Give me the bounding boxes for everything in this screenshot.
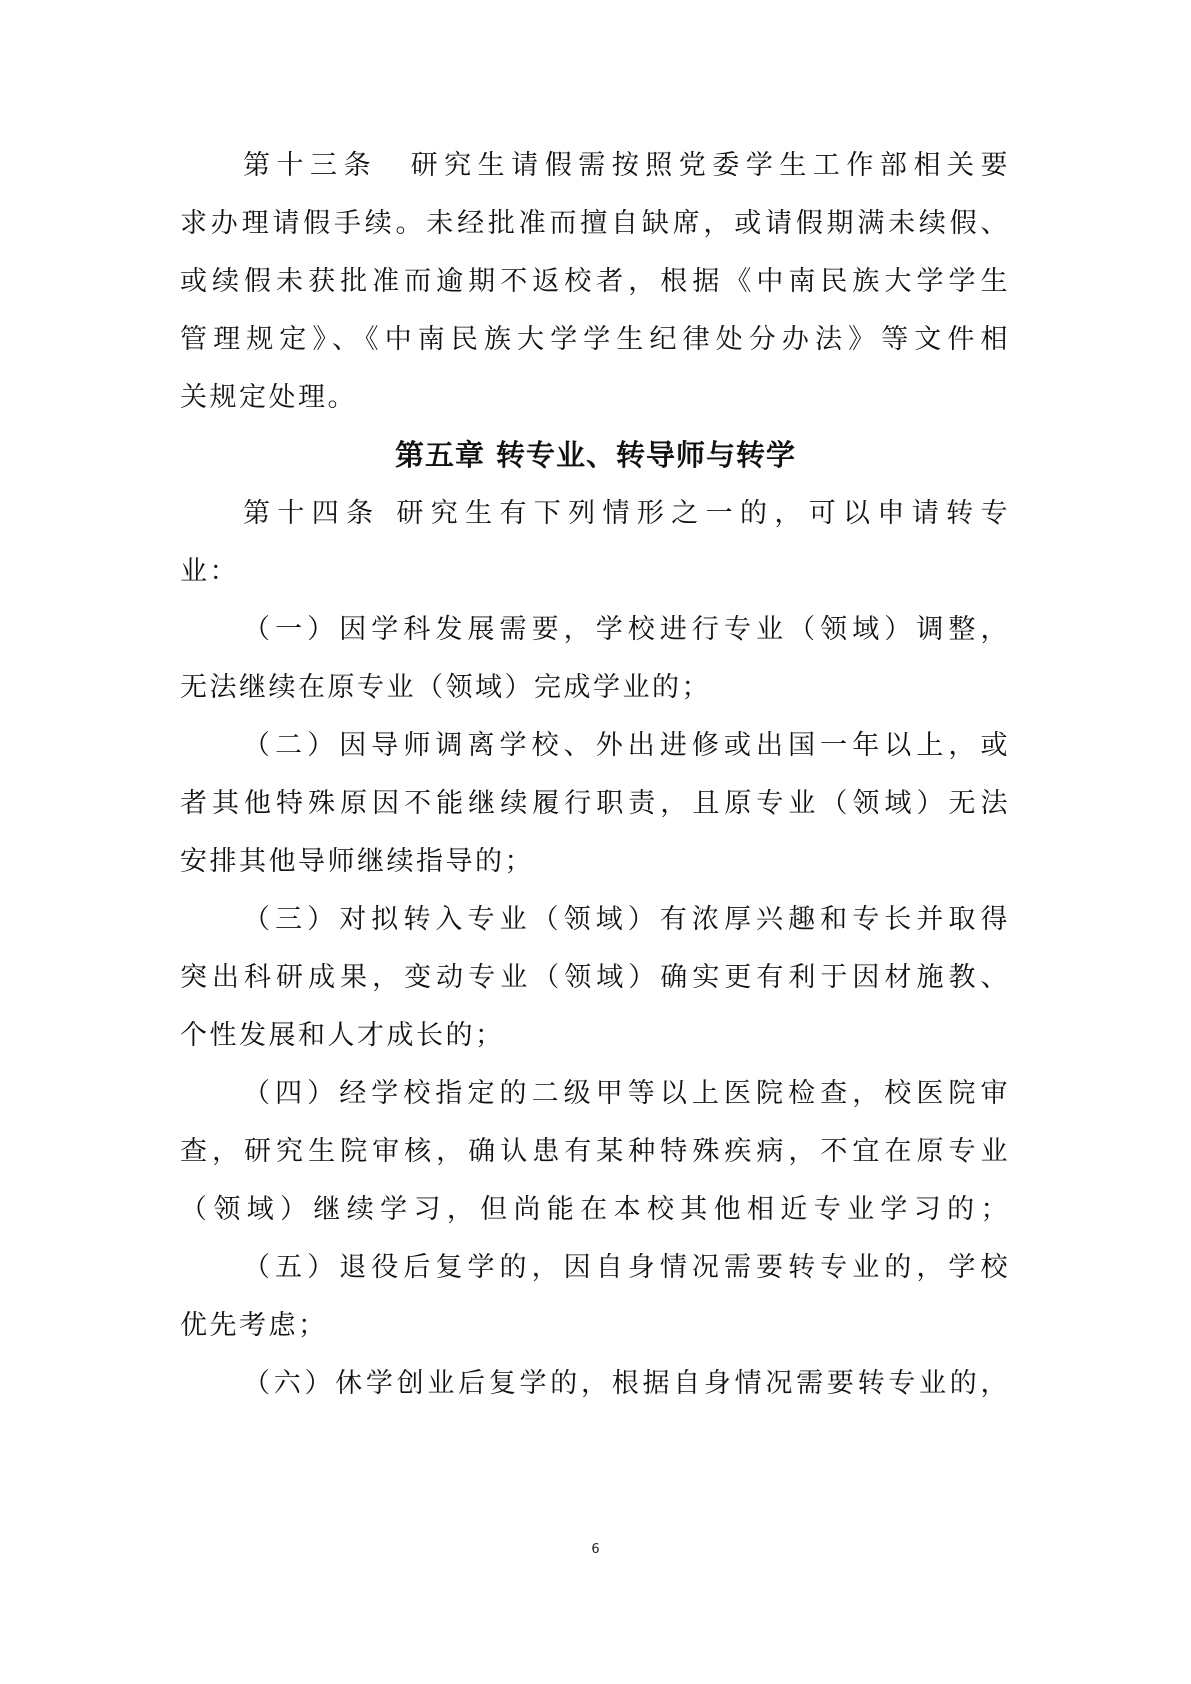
article-14-item-4-line-3: （领域）继续学习，但尚能在本校其他相近专业学习的； — [180, 1190, 1010, 1230]
article-14-item-1-line-1: （一）因学科发展需要，学校进行专业（领域）调整， — [243, 610, 1010, 650]
article-14-item-4-line-2: 查，研究生院审核，确认患有某种特殊疾病，不宜在原专业 — [180, 1132, 1010, 1172]
article-14-line-1: 第十四条 研究生有下列情形之一的，可以申请转专 — [243, 494, 1010, 534]
chapter-heading: 第五章 转专业、转导师与转学 — [0, 435, 1191, 475]
article-13-line-4: 管理规定》、《中南民族大学学生纪律处分办法》等文件相 — [180, 320, 1010, 360]
article-14-item-3-line-2: 突出科研成果，变动专业（领域）确实更有利于因材施教、 — [180, 958, 1010, 998]
article-13-line-3: 或续假未获批准而逾期不返校者，根据《中南民族大学学生 — [180, 262, 1010, 302]
article-14-item-3-line-1: （三）对拟转入专业（领域）有浓厚兴趣和专长并取得 — [243, 900, 1010, 940]
article-14-item-2-line-1: （二）因导师调离学校、外出进修或出国一年以上，或 — [243, 726, 1010, 766]
article-14-item-3-line-3: 个性发展和人才成长的； — [180, 1016, 1010, 1056]
document-page: 第十三条 研究生请假需按照党委学生工作部相关要 求办理请假手续。未经批准而擅自缺… — [0, 0, 1191, 1684]
article-14-item-2-line-2: 者其他特殊原因不能继续履行职责，且原专业（领域）无法 — [180, 784, 1010, 824]
article-14-item-5-line-1: （五）退役后复学的，因自身情况需要转专业的，学校 — [243, 1248, 1010, 1288]
article-14-item-6-line-1: （六）休学创业后复学的，根据自身情况需要转专业的， — [243, 1364, 1010, 1404]
page-number: 6 — [0, 1542, 1191, 1557]
article-14-item-4-line-1: （四）经学校指定的二级甲等以上医院检查，校医院审 — [243, 1074, 1010, 1114]
article-13-line-5: 关规定处理。 — [180, 378, 1010, 418]
article-14-line-2: 业： — [180, 552, 1010, 592]
article-13-line-2: 求办理请假手续。未经批准而擅自缺席，或请假期满未续假、 — [180, 204, 1010, 244]
article-14-item-5-line-2: 优先考虑； — [180, 1306, 1010, 1346]
article-14-item-1-line-2: 无法继续在原专业（领域）完成学业的； — [180, 668, 1010, 708]
article-13-line-1: 第十三条 研究生请假需按照党委学生工作部相关要 — [243, 146, 1010, 186]
article-14-item-2-line-3: 安排其他导师继续指导的； — [180, 842, 1010, 882]
